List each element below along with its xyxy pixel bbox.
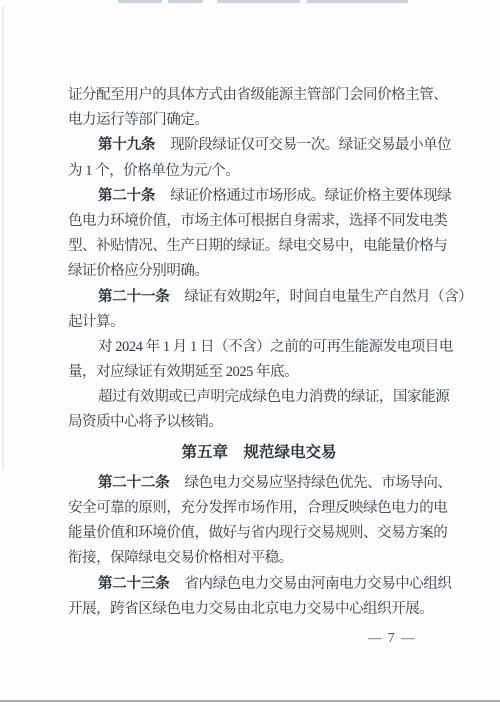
text-line: 开展，跨省区绿色电力交易由北京电力交易中心组织开展。	[68, 597, 450, 622]
page-bottom-edge-line	[0, 700, 500, 702]
text-line: 第二十条绿证价格通过市场形成。绿证价格主要体现绿	[68, 184, 450, 209]
document-page: 证分配至用户的具体方式由省级能源主管部门会同价格主管、电力运行等部门确定。第十九…	[0, 0, 500, 706]
text-line: 绿证价格应分别明确。	[68, 259, 450, 284]
text-line: 安全可靠的原则，充分发挥市场作用，合理反映绿色电力的电	[68, 496, 450, 521]
text-line: 超过有效期或已声明完成绿色电力消费的绿证，国家能源	[68, 385, 450, 410]
page-left-edge-line	[2, 6, 4, 470]
article-number: 第二十条	[98, 188, 155, 204]
text-line: 为 1 个，价格单位为元/个。	[68, 159, 450, 184]
scan-artifact-mark	[168, 0, 203, 3]
line-text: 省内绿色电力交易由河南电力交易中心组织	[185, 576, 452, 592]
page-number: — 7 —	[368, 630, 416, 646]
article-number: 第十九条	[98, 137, 155, 153]
line-text: 绿色电力交易应坚持绿色优先、市场导向、	[185, 475, 452, 491]
text-line: 量，对应绿证有效期延至 2025 年底。	[68, 360, 450, 385]
document-body: 证分配至用户的具体方式由省级能源主管部门会同价格主管、电力运行等部门确定。第十九…	[68, 83, 450, 622]
text-line: 第十九条现阶段绿证仅可交易一次。绿证交易最小单位	[68, 133, 450, 158]
text-line: 色电力环境价值，市场主体可根据自身需求，选择不同发电类	[68, 209, 450, 234]
text-line: 对 2024 年 1 月 1 日（不含）之前的可再生能源发电项目电	[68, 335, 450, 360]
article-number: 第二十一条	[98, 289, 170, 305]
text-line: 证分配至用户的具体方式由省级能源主管部门会同价格主管、	[68, 83, 450, 108]
text-line: 型、补贴情况、生产日期的绿证。绿电交易中，电能量价格与	[68, 234, 450, 259]
text-line: 起计算。	[68, 310, 450, 335]
scan-artifact-mark	[307, 0, 408, 3]
chapter-heading: 第五章 规范绿电交易	[68, 440, 450, 465]
article-number: 第二十二条	[98, 475, 170, 491]
text-line: 第二十二条绿色电力交易应坚持绿色优先、市场导向、	[68, 471, 450, 496]
text-line: 能量价值和环境价值，做好与省内现行交易规则、交易方案的	[68, 521, 450, 546]
article-number: 第二十三条	[98, 576, 170, 592]
line-text: 绿证价格通过市场形成。绿证价格主要体现绿	[170, 188, 451, 204]
line-text: 现阶段绿证仅可交易一次。绿证交易最小单位	[170, 137, 451, 153]
text-line: 局资质中心将予以核销。	[68, 410, 450, 435]
text-line: 第二十三条省内绿色电力交易由河南电力交易中心组织	[68, 572, 450, 597]
text-line: 衔接，保障绿电交易价格相对平稳。	[68, 546, 450, 571]
scan-artifact-mark	[118, 0, 162, 3]
text-line: 第二十一条绿证有效期2年，时间自电量生产自然月（含）	[68, 285, 450, 310]
line-text: 绿证有效期2年，时间自电量生产自然月（含）	[185, 289, 473, 305]
scan-artifact-mark	[217, 0, 300, 3]
text-line: 电力运行等部门确定。	[68, 108, 450, 133]
